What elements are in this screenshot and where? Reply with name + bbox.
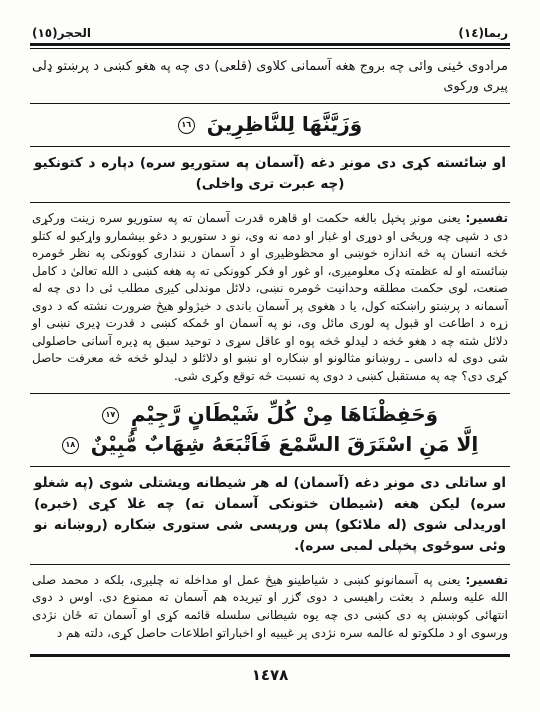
verse-17-arabic: وَحَفِظْنَاهَا مِنْ كُلِّ شَيْطَانٍ رَّج… bbox=[131, 402, 438, 426]
page-number: ١٤٧٨ bbox=[30, 666, 510, 684]
tafsir-1-text: يعنی مونږ پخپل بالغه حکمت او قاهره قدرت … bbox=[32, 211, 508, 383]
verse-line-18: اِلَّا مَنِ اسْتَرَقَ السَّمْعَ فَاَتْبَ… bbox=[30, 429, 510, 459]
book-page: ربما(١٤) الحجر(١٥) مرادوی ځينی وائی چه ب… bbox=[0, 0, 540, 712]
verse-block-17-18: وَحَفِظْنَاهَا مِنْ كُلِّ شَيْطَانٍ رَّج… bbox=[30, 394, 510, 466]
translation-verses-17-18: او ساتلی دی مونږ دغه (آسمان) له هر شيطان… bbox=[30, 467, 510, 564]
intro-note-paragraph: مرادوی ځينی وائی چه بروج هغه آسمانی کلاو… bbox=[30, 49, 510, 103]
ayah-marker-16: ١٦ bbox=[178, 117, 195, 134]
tafsir-2-label: تفسير: bbox=[465, 573, 508, 587]
ayah-marker-17: ١٧ bbox=[102, 407, 119, 424]
header-juz-label: ربما(١٤) bbox=[458, 26, 508, 40]
verse-line-16: وَزَيَّنَّهَا لِلنَّاظِرِينَ ١٦ bbox=[30, 109, 510, 139]
verse-18-arabic: اِلَّا مَنِ اسْتَرَقَ السَّمْعَ فَاَتْبَ… bbox=[91, 432, 479, 456]
tafsir-2-text: يعنی په آسمانونو کښی د شياطينو هيڅ عمل ا… bbox=[32, 573, 508, 640]
verse-16-arabic: وَزَيَّنَّهَا لِلنَّاظِرِينَ bbox=[207, 112, 362, 136]
verse-line-17: وَحَفِظْنَاهَا مِنْ كُلِّ شَيْطَانٍ رَّج… bbox=[30, 399, 510, 429]
page-header: ربما(١٤) الحجر(١٥) bbox=[30, 26, 510, 43]
page-content: ربما(١٤) الحجر(١٥) مرادوی ځينی وائی چه ب… bbox=[0, 0, 540, 652]
translation-verse-16: او ښائسته کړی دی مونږ دغه (آسمان په ستور… bbox=[30, 147, 510, 202]
ayah-marker-18: ١٨ bbox=[62, 437, 79, 454]
tafsir-1-label: تفسير: bbox=[465, 211, 508, 225]
header-surah-label: الحجر(١٥) bbox=[32, 26, 91, 40]
page-footer: ١٤٧٨ bbox=[30, 654, 510, 684]
footer-thick-rule bbox=[30, 654, 510, 657]
tafsir-paragraph-2: تفسير: يعنی په آسمانونو کښی د شياطينو هي… bbox=[30, 565, 510, 650]
verse-block-16: وَزَيَّنَّهَا لِلنَّاظِرِينَ ١٦ bbox=[30, 104, 510, 146]
tafsir-paragraph-1: تفسير: يعنی مونږ پخپل بالغه حکمت او قاهر… bbox=[30, 203, 510, 393]
